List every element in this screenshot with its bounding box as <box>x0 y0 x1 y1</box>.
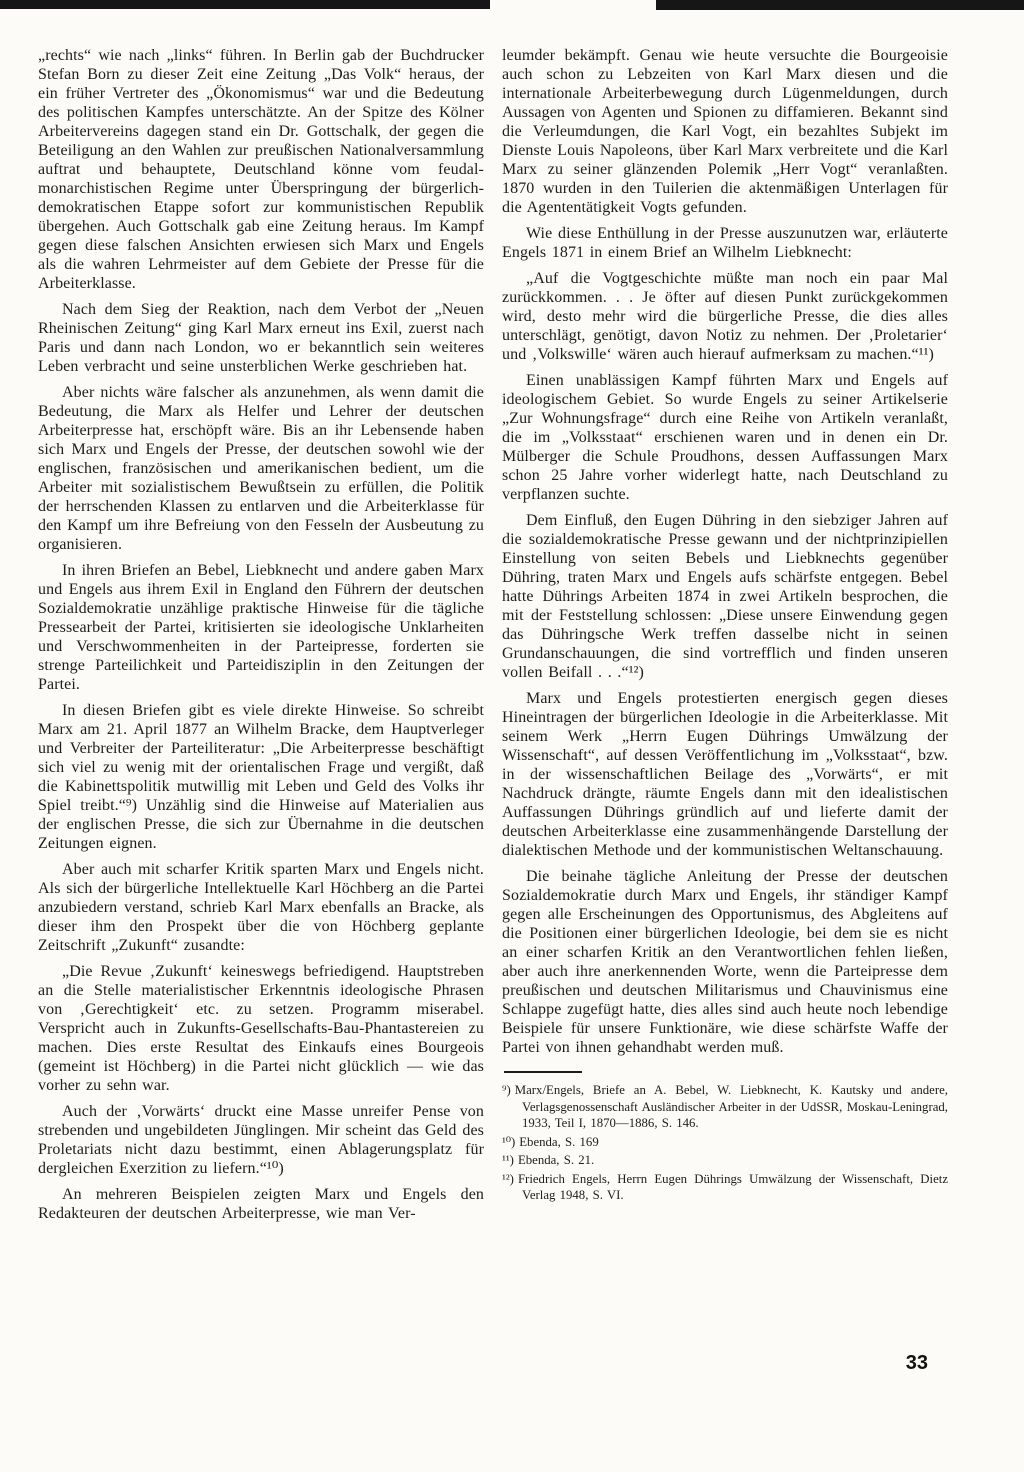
footnote-marker: ¹²) <box>502 1172 518 1186</box>
paragraph: Wie diese Enthüllung in der Presse auszu… <box>502 224 948 262</box>
scan-artifact-bar-left <box>0 0 490 9</box>
footnotes-section: ⁹)Marx/Engels, Briefe an A. Bebel, W. Li… <box>502 1071 948 1204</box>
paragraph: An mehreren Beispielen zeigten Marx und … <box>38 1185 484 1223</box>
paragraph: Aber nichts wäre falscher als anzunehmen… <box>38 383 484 554</box>
paragraph: leumder bekämpft. Genau wie heute versuc… <box>502 46 948 217</box>
paragraph: „Die Revue ‚Zukunft‘ keineswegs befriedi… <box>38 962 484 1095</box>
paragraph: Die beinahe tägliche Anleitung der Press… <box>502 867 948 1057</box>
paragraph: In diesen Briefen gibt es viele direkte … <box>38 701 484 853</box>
footnote: ⁹)Marx/Engels, Briefe an A. Bebel, W. Li… <box>502 1082 948 1132</box>
paragraph: Dem Einfluß, den Eugen Dühring in den si… <box>502 511 948 682</box>
footnote: ¹¹)Ebenda, S. 21. <box>502 1152 948 1169</box>
paragraph: „rechts“ wie nach „links“ führen. In Ber… <box>38 46 484 293</box>
footnote-marker: ⁹) <box>502 1083 515 1097</box>
footnote: ¹²)Friedrich Engels, Herrn Eugen Dühring… <box>502 1171 948 1204</box>
paragraph: „Auf die Vogtgeschichte müßte man noch e… <box>502 269 948 364</box>
scanned-page: „rechts“ wie nach „links“ führen. In Ber… <box>0 0 1024 1472</box>
footnote-text: Marx/Engels, Briefe an A. Bebel, W. Lieb… <box>515 1083 948 1130</box>
paragraph: Einen unablässigen Kampf führten Marx un… <box>502 371 948 504</box>
paragraph: Auch der ‚Vorwärts‘ druckt eine Masse un… <box>38 1102 484 1178</box>
paragraph: Aber auch mit scharfer Kritik sparten Ma… <box>38 860 484 955</box>
paragraph: In ihren Briefen an Bebel, Liebknecht un… <box>38 561 484 694</box>
text-columns: „rechts“ wie nach „links“ führen. In Ber… <box>38 46 948 1223</box>
footnote-divider <box>504 1071 582 1073</box>
footnote-marker: ¹⁰) <box>502 1135 519 1149</box>
paragraph: Nach dem Sieg der Reaktion, nach dem Ver… <box>38 300 484 376</box>
footnote-text: Ebenda, S. 169 <box>519 1135 598 1149</box>
paragraph: Marx und Engels protestierten energisch … <box>502 689 948 860</box>
footnote: ¹⁰)Ebenda, S. 169 <box>502 1134 948 1151</box>
footnote-text: Ebenda, S. 21. <box>518 1153 594 1167</box>
left-column: „rechts“ wie nach „links“ führen. In Ber… <box>38 46 484 1223</box>
right-column: leumder bekämpft. Genau wie heute versuc… <box>502 46 948 1223</box>
footnote-marker: ¹¹) <box>502 1153 518 1167</box>
scan-artifact-bar-right <box>656 0 1024 10</box>
page-number: 33 <box>906 1352 928 1375</box>
footnote-text: Friedrich Engels, Herrn Eugen Dührings U… <box>518 1172 948 1203</box>
